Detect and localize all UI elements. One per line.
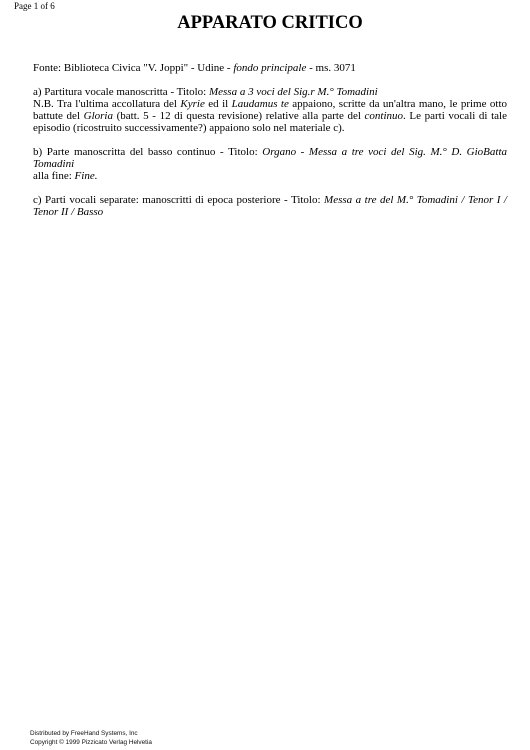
section-b-end-label: alla fine: [33, 170, 75, 182]
section-a-note: N.B. Tra l'ultima accollatura del Kyrie … [33, 98, 507, 134]
source-prefix: Fonte: Biblioteca Civica "V. Joppi" - Ud… [33, 62, 233, 74]
note-text: (batt. 5 - 12 di questa revisione) relat… [113, 110, 365, 122]
section-b-end: alla fine: Fine. [33, 170, 507, 182]
section-b: b) Parte manoscritta del basso continuo … [33, 146, 507, 182]
footer: Distributed by FreeHand Systems, Inc Cop… [30, 730, 152, 747]
section-a: a) Partitura vocale manoscritta - Titolo… [33, 86, 507, 134]
section-b-heading: b) Parte manoscritta del basso continuo … [33, 146, 507, 170]
source-fund: fondo principale [233, 62, 306, 74]
note-gloria: Gloria [84, 110, 113, 122]
page-indicator: Page 1 of 6 [14, 1, 55, 12]
document-body: Fonte: Biblioteca Civica "V. Joppi" - Ud… [33, 62, 507, 230]
source-suffix: - ms. 3071 [306, 62, 356, 74]
note-laudamus: Laudamus te [232, 98, 289, 110]
source-line: Fonte: Biblioteca Civica "V. Joppi" - Ud… [33, 62, 507, 74]
footer-distributor: Distributed by FreeHand Systems, Inc [30, 730, 152, 739]
note-text: N.B. Tra l'ultima accollatura del [33, 98, 180, 110]
section-b-end-value: Fine. [75, 170, 98, 182]
note-kyrie: Kyrie [180, 98, 204, 110]
section-a-title: Messa a 3 voci del Sig.r M.° Tomadini [209, 86, 378, 98]
section-c: c) Parti vocali separate: manoscritti di… [33, 194, 507, 218]
section-a-heading: a) Partitura vocale manoscritta - Titolo… [33, 86, 507, 98]
section-a-label: a) Partitura vocale manoscritta - Titolo… [33, 86, 209, 98]
footer-copyright: Copyright © 1999 Pizzicato Verlag Helvet… [30, 739, 152, 748]
section-b-label: b) Parte manoscritta del basso continuo … [33, 146, 262, 158]
note-continuo: continuo [365, 110, 404, 122]
note-text: ed il [205, 98, 232, 110]
document-title: APPARATO CRITICO [0, 12, 530, 34]
section-c-label: c) Parti vocali separate: manoscritti di… [33, 194, 324, 206]
